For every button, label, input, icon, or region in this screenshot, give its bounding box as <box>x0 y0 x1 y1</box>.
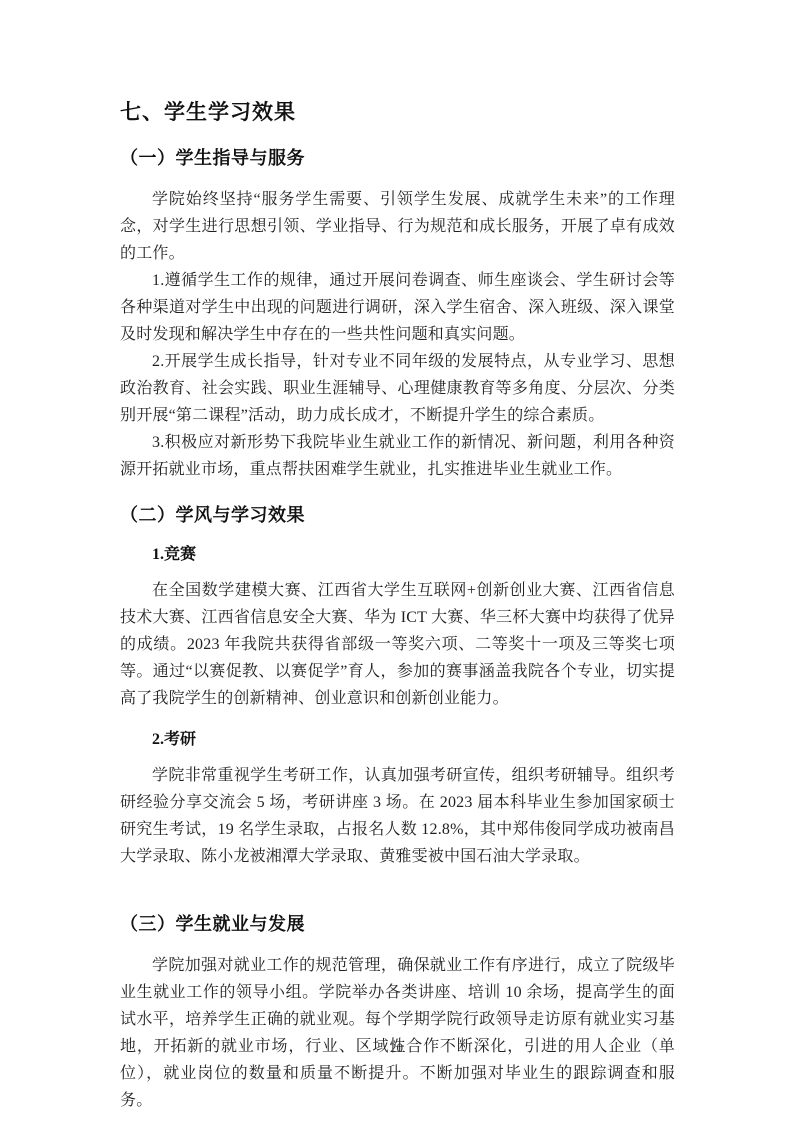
subsection-competitions-heading: 1.竞赛 <box>120 544 675 566</box>
section-2-heading: （二）学风与学习效果 <box>120 503 675 527</box>
subsection-postgrad-number: 2. <box>152 731 164 748</box>
section-1-paragraph-item-2: 2.开展学生成长指导，针对专业不同年级的发展特点，从专业学习、思想政治教育、社会… <box>120 348 675 429</box>
subsection-postgrad-label: 考研 <box>164 731 196 748</box>
section-1-paragraph-intro: 学院始终坚持“服务学生需要、引领学生发展、成就学生未来”的工作理念，对学生进行思… <box>120 186 675 267</box>
page-number: 20 <box>0 1040 793 1056</box>
document-page: 七、学生学习效果 （一）学生指导与服务 学院始终坚持“服务学生需要、引领学生发展… <box>0 0 793 1122</box>
section-3-heading: （三）学生就业与发展 <box>120 912 675 936</box>
document-title: 七、学生学习效果 <box>120 100 675 126</box>
section-1-paragraph-item-3: 3.积极应对新形势下我院毕业生就业工作的新情况、新问题，利用各种资源开拓就业市场… <box>120 429 675 483</box>
subsection-competitions-label: 竞赛 <box>164 546 196 563</box>
section-1-heading: （一）学生指导与服务 <box>120 146 675 170</box>
subsection-postgrad-heading: 2.考研 <box>120 729 675 751</box>
subsection-competitions-number: 1. <box>152 546 164 563</box>
section-1-paragraph-item-1: 1.遵循学生工作的规律，通过开展问卷调查、师生座谈会、学生研讨会等各种渠道对学生… <box>120 267 675 348</box>
section-3-paragraph: 学院加强对就业工作的规范管理，确保就业工作有序进行，成立了院级毕业生就业工作的领… <box>120 952 675 1114</box>
subsection-competitions-paragraph: 在全国数学建模大赛、江西省大学生互联网+创新创业大赛、江西省信息技术大赛、江西省… <box>120 577 675 712</box>
subsection-postgrad-paragraph: 学院非常重视学生考研工作，认真加强考研宣传，组织考研辅导。组织考研经验分享交流会… <box>120 762 675 870</box>
document-content: 七、学生学习效果 （一）学生指导与服务 学院始终坚持“服务学生需要、引领学生发展… <box>120 0 675 1114</box>
